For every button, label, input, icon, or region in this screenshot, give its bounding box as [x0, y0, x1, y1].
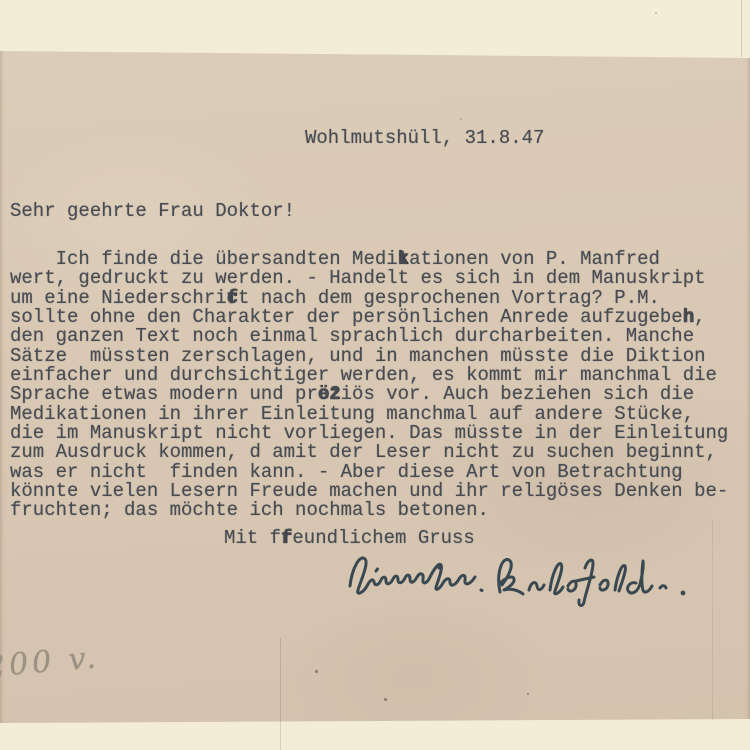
closing-line: Mit ffreundlichem Gruss — [224, 527, 475, 549]
signature-handwriting — [338, 548, 723, 610]
typed-text: kt — [398, 250, 409, 269]
typed-text: hn — [683, 308, 694, 327]
paper-crease — [280, 638, 281, 750]
typed-text: , — [694, 306, 705, 328]
salutation: Sehr geehrte Frau Doktor! — [10, 200, 295, 222]
overstrike-char: ö — [318, 385, 329, 404]
typed-text: eundlichem Gruss — [292, 527, 474, 549]
paper-edge-line — [741, 0, 742, 57]
typed-text: fc — [227, 289, 238, 308]
overstrike-char: t — [398, 250, 409, 269]
overstrike-char: 2 — [329, 385, 340, 404]
paper-crease — [712, 520, 713, 720]
paper-speck — [527, 693, 529, 695]
overstrike-char: r — [281, 527, 292, 549]
typed-text: z2 — [329, 385, 340, 404]
dateline: Wohlmutshüll, 31.8.47 — [305, 127, 544, 149]
typed-text: eö — [318, 385, 329, 404]
paper-speck — [460, 118, 462, 120]
typed-text: Mit f — [224, 527, 281, 549]
overstrike-char: n — [683, 308, 694, 327]
letter-body: Ich finde die übersandten Mediktationen … — [10, 250, 728, 521]
typed-text: fruchten; das möchte ich nochmals betone… — [10, 499, 489, 521]
paper-speck — [315, 670, 318, 673]
letter-line: fruchten; das möchte ich nochmals betone… — [10, 501, 728, 520]
overstrike-char: c — [227, 289, 238, 308]
paper-speck — [384, 698, 387, 701]
paper-speck — [655, 12, 657, 14]
typed-text: fr — [281, 527, 292, 549]
